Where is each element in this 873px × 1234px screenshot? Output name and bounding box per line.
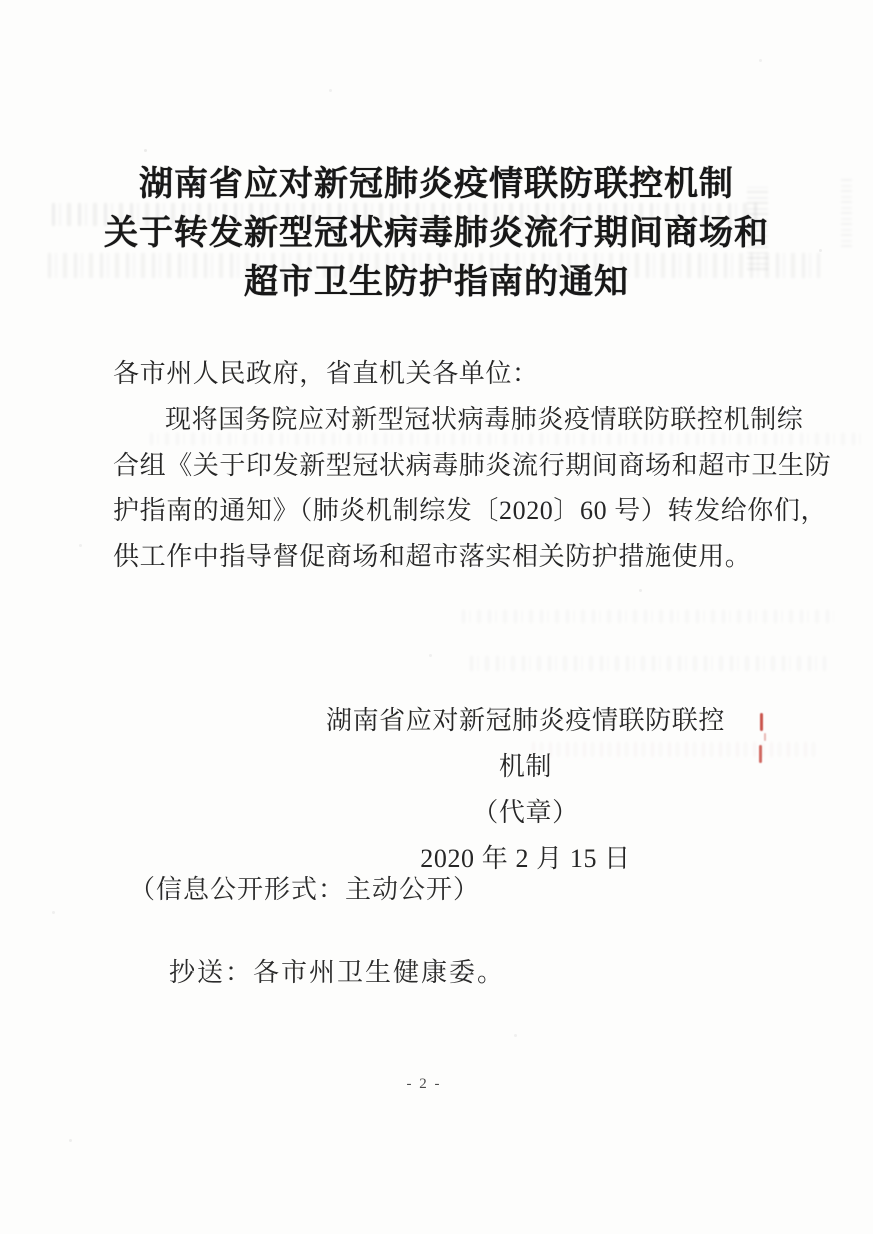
bleed-through-band (462, 610, 834, 623)
title-line-1: 湖南省应对新冠肺炎疫情联防联控机制 (0, 160, 873, 209)
page-number: - 2 - (0, 1076, 848, 1093)
scan-speckles (0, 0, 1, 1)
title-line-3: 超市卫生防护指南的通知 (0, 258, 873, 307)
signature-block: 湖南省应对新冠肺炎疫情联防联控机制 （代章） 2020 年 2 月 15 日 (318, 698, 733, 882)
red-scan-mark (764, 733, 766, 741)
red-scan-mark (760, 713, 763, 731)
title-line-2: 关于转发新型冠状病毒肺炎流行期间商场和 (0, 209, 873, 258)
body-line: 供工作中指导督促商场和超市落实相关防护措施使用。 (113, 534, 769, 580)
body-line: 现将国务院应对新型冠状病毒肺炎疫情联防联控机制综 (113, 397, 769, 443)
signature-org: 湖南省应对新冠肺炎疫情联防联控机制 (318, 698, 733, 790)
body-line: 合组《关于印发新型冠状病毒肺炎流行期间商场和超市卫生防 (113, 443, 769, 489)
scanned-document-page: 湖南省应对新冠肺炎疫情联防联控机制 关于转发新型冠状病毒肺炎流行期间商场和 超市… (0, 0, 873, 1234)
bleed-through-band (470, 656, 826, 671)
salutation-line: 各市州人民政府，省直机关各单位： (113, 351, 769, 397)
document-title: 湖南省应对新冠肺炎疫情联防联控机制 关于转发新型冠状病毒肺炎流行期间商场和 超市… (0, 160, 873, 307)
body-line: 护指南的通知》（肺炎机制综发〔2020〕60 号）转发给你们， (113, 488, 769, 534)
disclosure-note: （信息公开形式：主动公开） (129, 869, 480, 906)
signature-seal-note: （代章） (318, 790, 733, 836)
cc-line: 抄送：各市州卫生健康委。 (169, 952, 505, 989)
red-scan-mark (759, 745, 762, 763)
document-body: 各市州人民政府，省直机关各单位： 现将国务院应对新型冠状病毒肺炎疫情联防联控机制… (113, 351, 769, 580)
